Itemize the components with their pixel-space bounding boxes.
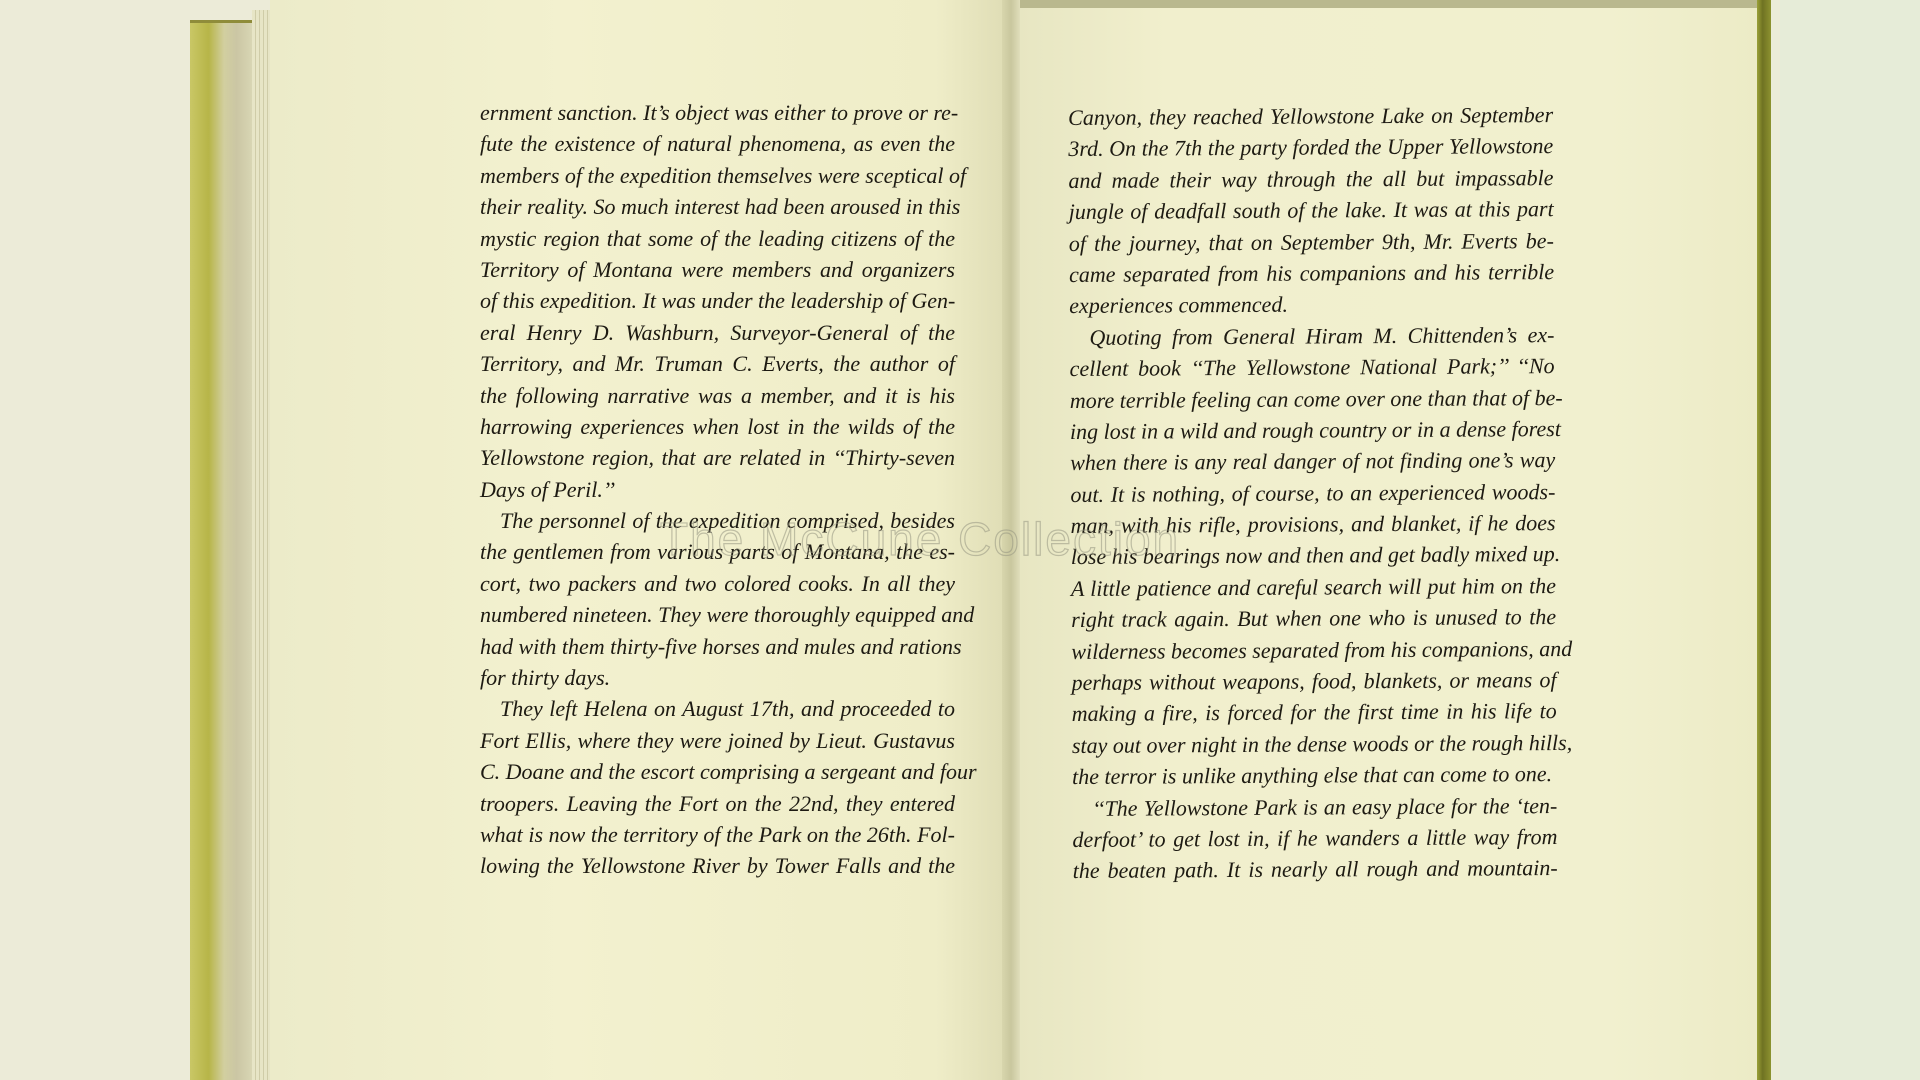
text-line: cellent book ‘‘The Yellowstone National … — [1070, 350, 1555, 384]
text-line: mystic region that some of the leading c… — [480, 223, 955, 254]
text-line: the beaten path. It is nearly all rough … — [1073, 852, 1558, 886]
text-line: eral Henry D. Washburn, Surveyor-General… — [480, 317, 955, 348]
text-line: the following narrative was a member, an… — [480, 380, 955, 411]
text-line: more terrible feeling can come over one … — [1070, 382, 1555, 416]
text-line: fute the existence of natural phenomena,… — [480, 128, 955, 159]
text-line: Canyon, they reached Yellowstone Lake on… — [1068, 99, 1553, 133]
book-cover-left-edge — [190, 20, 252, 1080]
text-line: experiences commenced. — [1069, 287, 1554, 321]
text-line: of the journey, that on September 9th, M… — [1069, 225, 1554, 259]
book-cover-right-edge — [1757, 0, 1771, 1080]
text-line: Days of Peril.’’ — [480, 474, 955, 505]
text-line: came separated from his companions and h… — [1069, 256, 1554, 290]
text-line: troopers. Leaving the Fort on the 22nd, … — [480, 788, 955, 819]
text-line: ernment sanction. It’s object was either… — [480, 97, 955, 128]
text-line: making a fire, is forced for the first t… — [1072, 695, 1557, 729]
text-line: their reality. So much interest had been… — [480, 191, 955, 222]
text-line: jungle of deadfall south of the lake. It… — [1069, 193, 1554, 227]
left-page-text: ernment sanction. It’s object was either… — [480, 97, 955, 882]
text-line: out. It is nothing, of course, to an exp… — [1070, 476, 1555, 510]
text-line: A little patience and careful search wil… — [1071, 570, 1556, 604]
text-line: 3rd. On the 7th the party forded the Upp… — [1068, 130, 1553, 164]
page-edges-left — [252, 10, 272, 1080]
text-line: lowing the Yellowstone River by Tower Fa… — [480, 850, 955, 881]
text-line: cort, two packers and two colored cooks.… — [480, 568, 955, 599]
text-line: perhaps without weapons, food, blankets,… — [1071, 664, 1556, 698]
text-line: numbered nineteen. They were thoroughly … — [480, 599, 955, 630]
text-line: of this expedition. It was under the lea… — [480, 285, 955, 316]
text-line: Territory, and Mr. Truman C. Everts, the… — [480, 348, 955, 379]
text-line: and made their way through the all but i… — [1068, 162, 1553, 196]
text-line: Territory of Montana were members and or… — [480, 254, 955, 285]
text-line: right track again. But when one who is u… — [1071, 601, 1556, 635]
watermark: The McCune Collection — [660, 512, 1180, 566]
text-line: Yellowstone region, that are related in … — [480, 442, 955, 473]
paragraph-start-line: ‘‘The Yellowstone Park is an easy place … — [1072, 790, 1557, 824]
text-line: when there is any real danger of not fin… — [1070, 444, 1555, 478]
right-page-text: Canyon, they reached Yellowstone Lake on… — [1068, 99, 1558, 887]
text-line: stay out over night in the dense woods o… — [1072, 727, 1557, 761]
text-line: ing lost in a wild and rough country or … — [1070, 413, 1555, 447]
background-right — [1780, 0, 1920, 1080]
text-line: what is now the territory of the Park on… — [480, 819, 955, 850]
text-line: derfoot’ to get lost in, if he wanders a… — [1072, 821, 1557, 855]
text-line: for thirty days. — [480, 662, 955, 693]
paragraph-start-line: Quoting from General Hiram M. Chittenden… — [1069, 319, 1554, 353]
text-line: the terror is unlike anything else that … — [1072, 758, 1557, 792]
text-line: members of the expedition themselves wer… — [480, 160, 955, 191]
text-line: Fort Ellis, where they were joined by Li… — [480, 725, 955, 756]
text-line: harrowing experiences when lost in the w… — [480, 411, 955, 442]
text-line: C. Doane and the escort comprising a ser… — [480, 756, 955, 787]
text-line: had with them thirty-five horses and mul… — [480, 631, 955, 662]
text-line: wilderness becomes separated from his co… — [1071, 633, 1556, 667]
paragraph-start-line: They left Helena on August 17th, and pro… — [480, 693, 955, 724]
